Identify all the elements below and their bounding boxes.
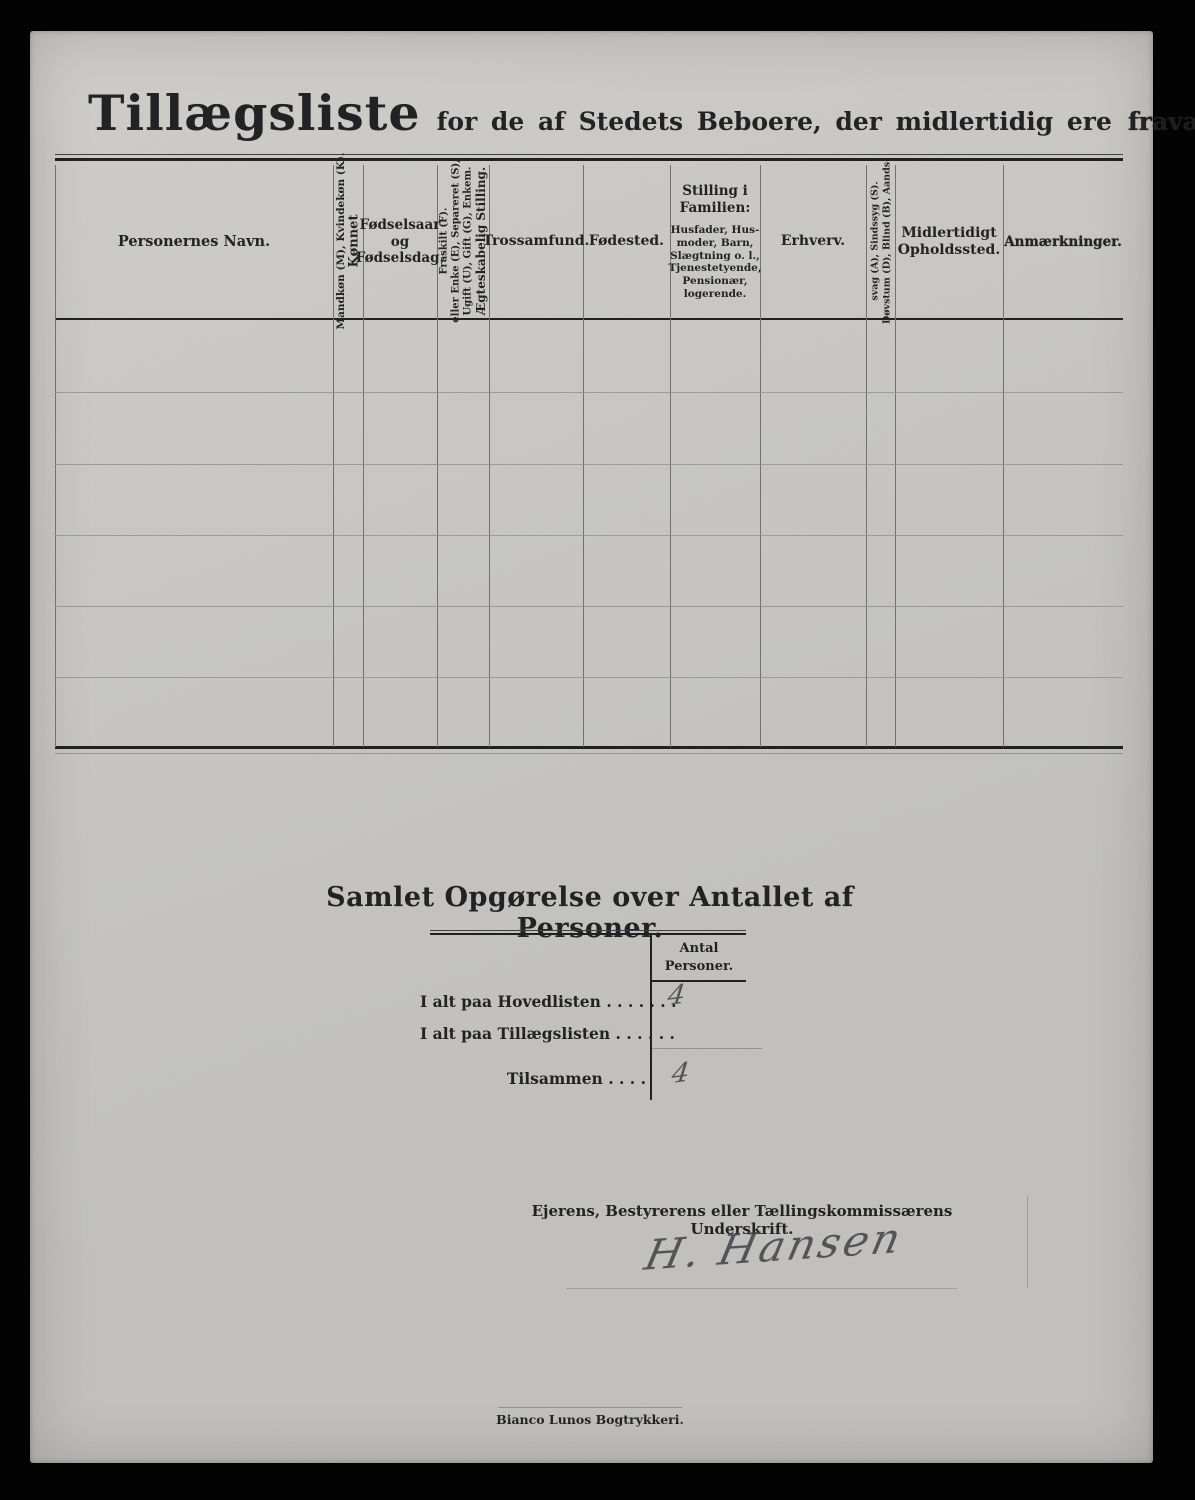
row-divider — [55, 606, 1123, 607]
summary-col-header: Antal Personer. — [652, 940, 746, 975]
column-header-trossamfund: Trossamfund. — [489, 166, 583, 318]
column-header-sublabel: Tjenestetyende, — [669, 262, 762, 275]
column-header-label: Fødselsaar — [360, 217, 441, 234]
column-header-label: Opholdssted. — [898, 242, 1000, 260]
column-header-sublabel: Husfader, Hus- — [671, 224, 760, 237]
column-header-label: Personernes Navn. — [118, 233, 270, 251]
column-header-midlertidigt-opholdssted: Midlertidigt Opholdssted. — [895, 166, 1003, 318]
summary-row-hovedlisten-value: 4 — [666, 979, 687, 1012]
summary-header-underline — [652, 980, 746, 982]
summary-col-header-line: Antal — [652, 940, 746, 958]
column-header-stilling-i-familien: Stilling i Familien: Husfader, Hus- mode… — [670, 166, 760, 318]
column-header-label: Trossamfund. — [483, 233, 590, 251]
column-header-label: Erhverv. — [781, 233, 845, 251]
column-header-aegteskabelig-stilling: Ægteskabelig Stilling. — [474, 167, 488, 315]
page-title: Tillægsliste for de af Stedets Beboere, … — [88, 84, 1195, 142]
form-title: Tillægsliste — [88, 84, 421, 142]
column-header-konnet-detail: Mandkøn (M), Kvindekøn (K). — [335, 153, 347, 330]
form-subtitle: for de af Stedets Beboere, der midlertid… — [437, 107, 1112, 136]
column-header-aegteskabelig-detail-2: eller Enke (E), Separeret (S), — [451, 159, 462, 322]
column-header-label: Stilling i — [682, 183, 748, 200]
column-header-konnet: Kønnet — [347, 215, 362, 268]
column-header-sublabel: moder, Barn, — [677, 237, 754, 250]
column-header-aegteskabelig-detail-3: Fraskilt (F). — [439, 208, 450, 275]
column-header-aegteskabelig-detail-1: Ugift (U), Gift (G), Enkem. — [463, 166, 474, 315]
column-header-label: Familien: — [680, 200, 751, 217]
table-bottom-rule-thick — [55, 746, 1123, 749]
form-subtitle-emphasis: fraværende. — [1128, 107, 1195, 136]
column-header-dovstum-line1: Døvstum (D), Blind (B), Aands- — [882, 158, 893, 324]
column-header-anmaerkninger: Anmærkninger. — [1003, 166, 1123, 318]
column-header-label: Anmærkninger. — [1004, 234, 1122, 251]
row-divider — [55, 392, 1123, 393]
column-header-label: Midlertidigt — [901, 225, 996, 243]
summary-row-tilsammen-value: 4 — [670, 1057, 691, 1090]
summary-row-hovedlisten-label: I alt paa Hovedlisten . . . . . . . — [420, 992, 646, 1011]
summary-col-header-line: Personer. — [652, 958, 746, 976]
column-header-erhverv: Erhverv. — [760, 166, 866, 318]
column-header-label: og — [391, 234, 409, 251]
column-header-sublabel: Slægtning o. l., — [670, 250, 760, 263]
row-divider — [55, 464, 1123, 465]
column-header-dovstum-line2: svag (A), Sindssyg (S). — [870, 181, 881, 300]
header-bottom-rule — [55, 318, 1123, 320]
summary-top-rule-thick — [430, 933, 746, 935]
signature-line — [566, 1288, 957, 1289]
summary-row-tilsammen-label: Tilsammen . . . . — [420, 1069, 646, 1088]
column-header-sublabel: logerende. — [684, 288, 747, 301]
column-header-sublabel: Pensionær, — [682, 275, 747, 288]
paper-crease — [1027, 1196, 1028, 1288]
column-header-label: Fødselsdag. — [356, 250, 445, 267]
scanned-census-form-page: Tillægsliste for de af Stedets Beboere, … — [0, 0, 1195, 1500]
column-header-personernes-navn: Personernes Navn. — [55, 166, 333, 318]
column-header-fodested: Fødested. — [583, 166, 670, 318]
column-header-fodselsaar: Fødselsaar og Fødselsdag. — [363, 166, 437, 318]
table-bottom-rule-thin — [55, 753, 1123, 754]
column-header-label: Fødested. — [589, 233, 664, 251]
summary-sum-line — [652, 1048, 762, 1049]
summary-row-tillaegslisten-label: I alt paa Tillægslisten . . . . . . — [420, 1024, 646, 1043]
printer-divider — [498, 1407, 682, 1408]
column-border — [866, 165, 867, 747]
row-divider — [55, 535, 1123, 536]
table-top-rule-thick — [55, 158, 1123, 161]
column-border — [333, 165, 334, 747]
summary-top-rule-thin — [430, 930, 746, 931]
row-divider — [55, 677, 1123, 678]
printer-imprint: Bianco Lunos Bogtrykkeri. — [455, 1412, 725, 1427]
table-top-rule-thin — [55, 154, 1123, 155]
